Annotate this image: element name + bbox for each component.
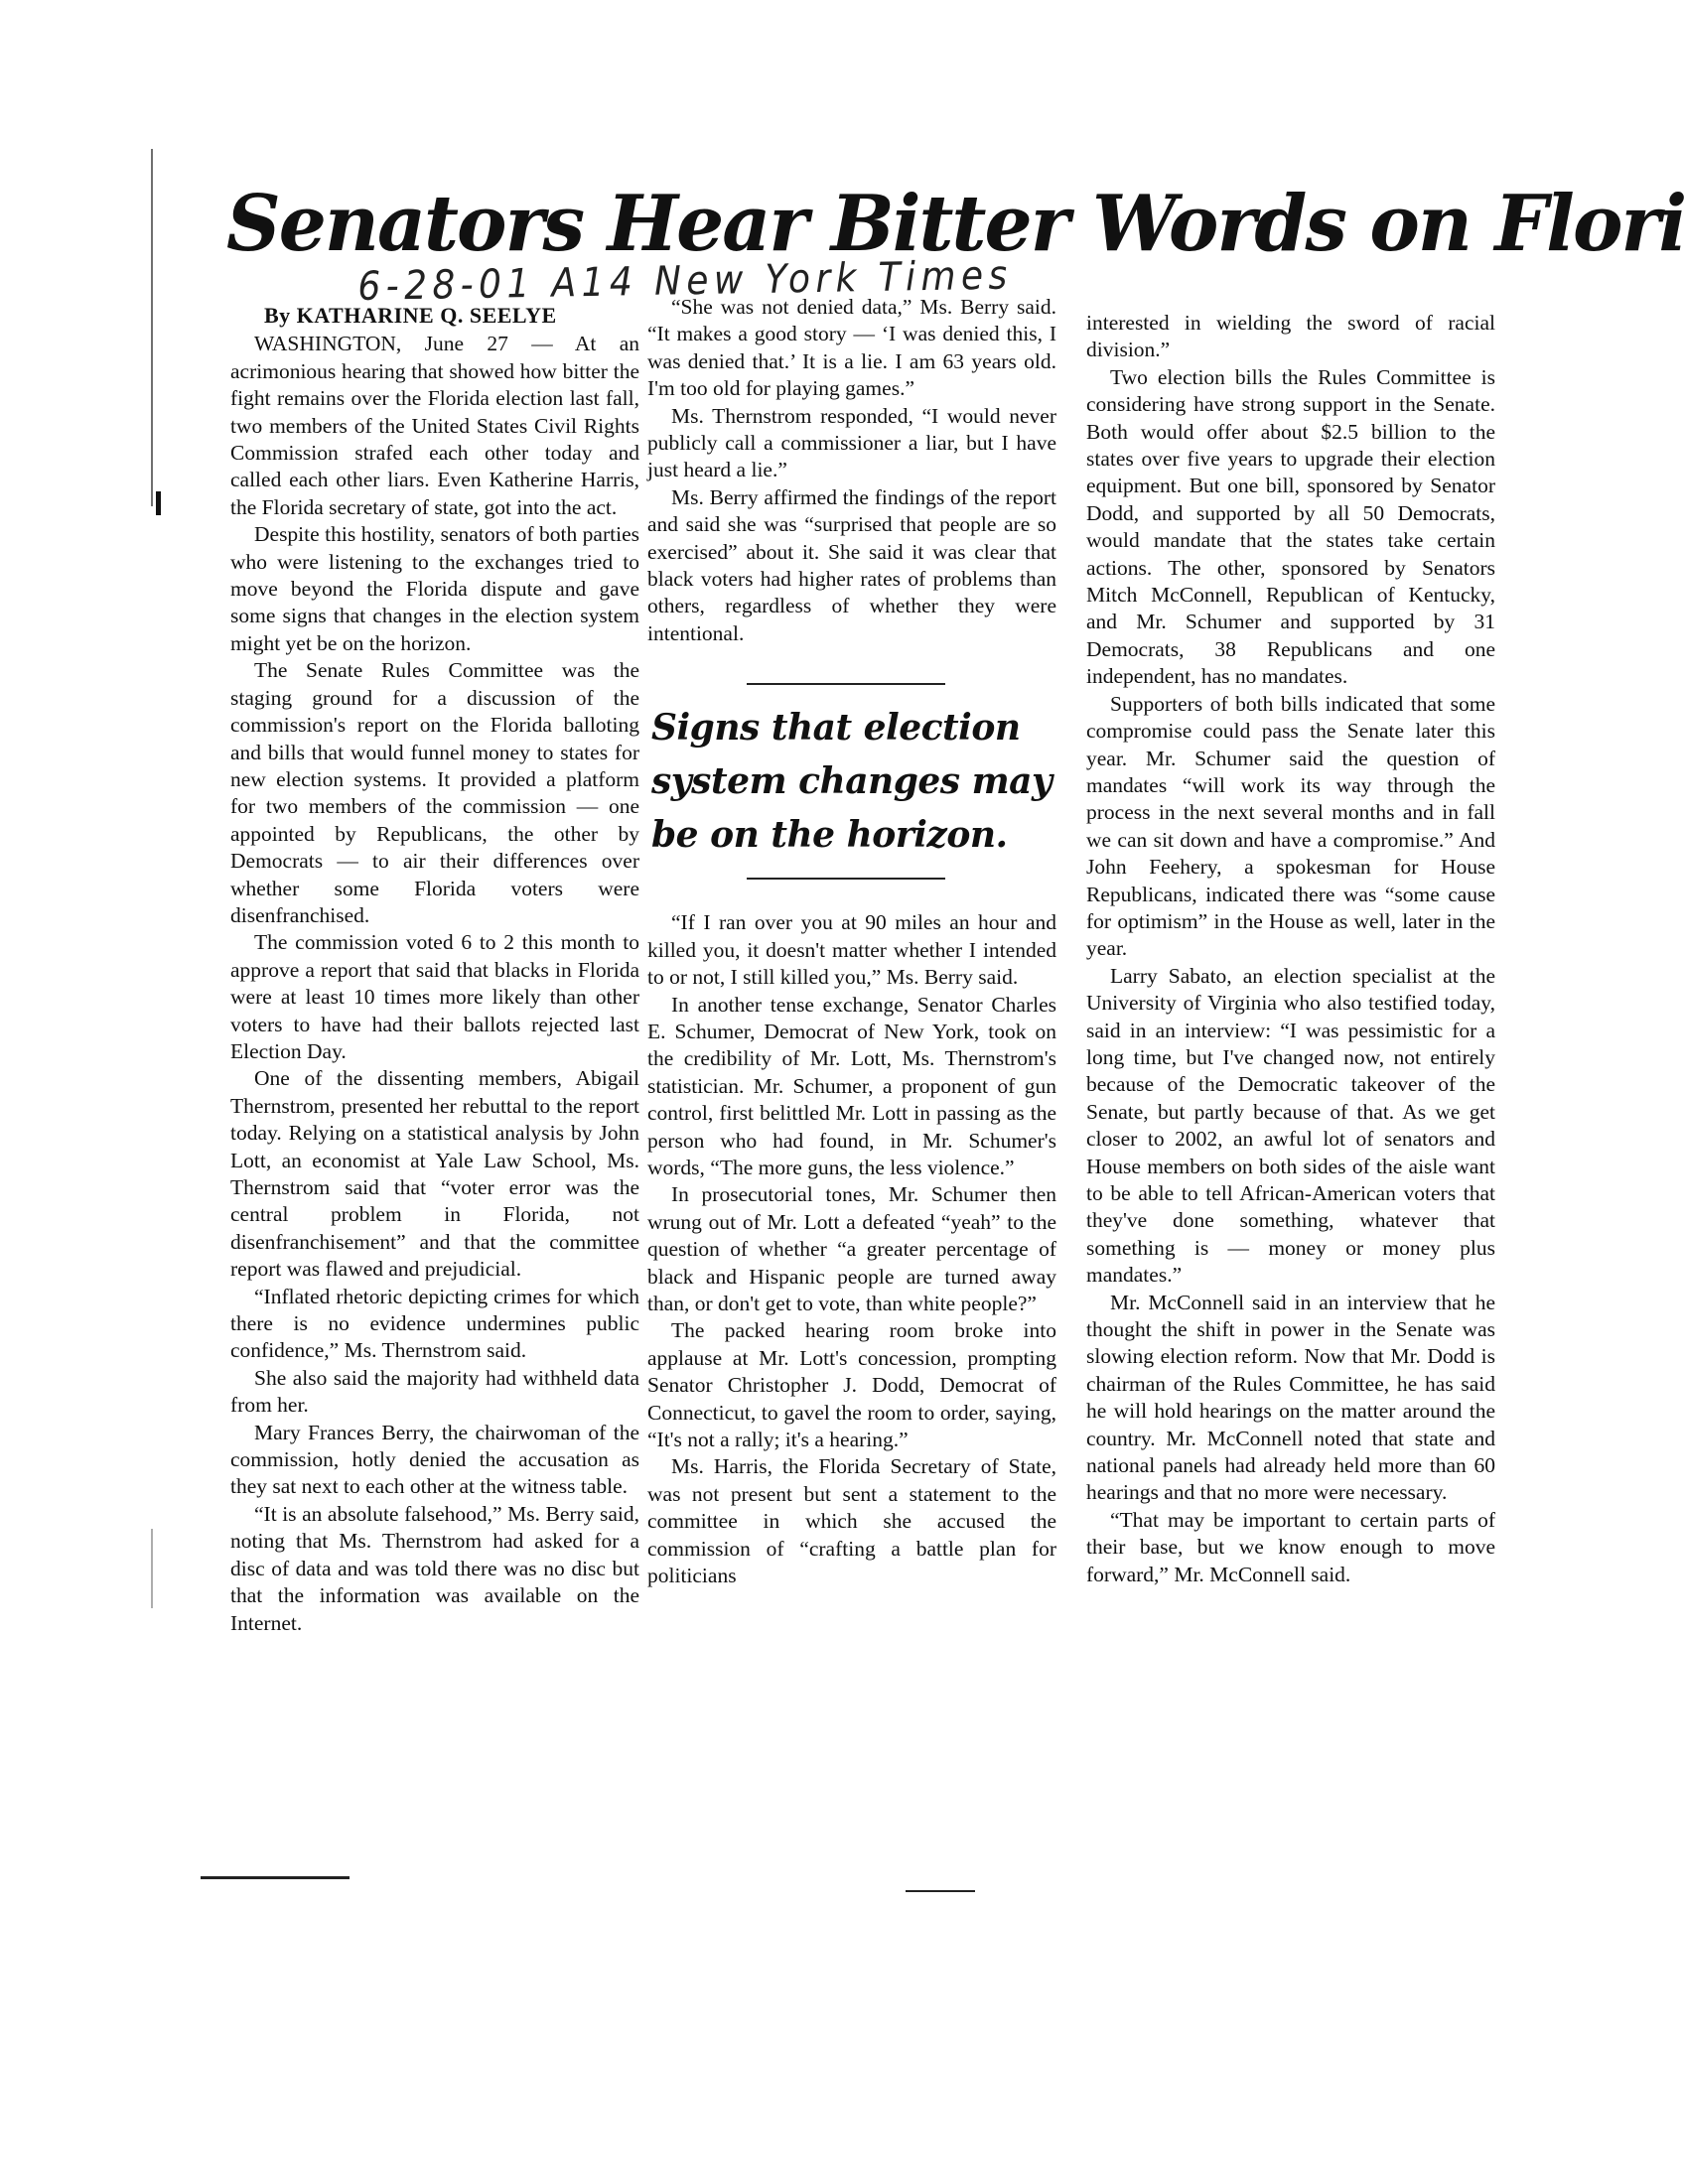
- paragraph: Ms. Thernstrom responded, “I would never…: [647, 403, 1056, 484]
- paragraph: “If I ran over you at 90 miles an hour a…: [647, 909, 1056, 991]
- paragraph: The packed hearing room broke into appla…: [647, 1317, 1056, 1453]
- scan-margin-mark: [156, 491, 161, 515]
- paragraph: One of the dissenting members, Abigail T…: [230, 1065, 639, 1283]
- scan-margin-line: [151, 1529, 153, 1608]
- column-end-rule: [201, 1876, 350, 1879]
- pull-quote-box: Signs that election system changes may b…: [647, 683, 1056, 880]
- paragraph: interested in wielding the sword of raci…: [1086, 310, 1495, 364]
- headline: Senators Hear Bitter Words on Florida Vo…: [226, 183, 1507, 266]
- pull-quote-rule-top: [747, 683, 945, 685]
- paragraph: The Senate Rules Committee was the stagi…: [230, 657, 639, 929]
- paragraph: Two election bills the Rules Committee i…: [1086, 364, 1495, 691]
- paragraph: Mr. McConnell said in an interview that …: [1086, 1290, 1495, 1507]
- paragraph: The commission voted 6 to 2 this month t…: [230, 929, 639, 1065]
- paragraph: “Inflated rhetoric depicting crimes for …: [230, 1284, 639, 1365]
- byline: By KATHARINE Q. SEELYE: [230, 302, 639, 329]
- article-column-3: interested in wielding the sword of raci…: [1086, 310, 1495, 1588]
- paragraph: She also said the majority had withheld …: [230, 1365, 639, 1420]
- paragraph: Ms. Harris, the Florida Secretary of Sta…: [647, 1453, 1056, 1589]
- paragraph: “That may be important to certain parts …: [1086, 1507, 1495, 1588]
- pull-quote-rule-bottom: [747, 878, 945, 880]
- paragraph: Larry Sabato, an election specialist at …: [1086, 963, 1495, 1290]
- paragraph: Mary Frances Berry, the chairwoman of th…: [230, 1420, 639, 1501]
- paragraph: Supporters of both bills indicated that …: [1086, 691, 1495, 963]
- paragraph: In prosecutorial tones, Mr. Schumer then…: [647, 1181, 1056, 1317]
- column-end-rule: [906, 1890, 975, 1892]
- paragraph: Ms. Berry affirmed the findings of the r…: [647, 484, 1056, 647]
- paragraph: “She was not denied data,” Ms. Berry sai…: [647, 294, 1056, 403]
- paragraph: WASHINGTON, June 27 — At an acrimonious …: [230, 331, 639, 521]
- pull-quote: Signs that election system changes may b…: [651, 701, 1056, 862]
- paragraph: Despite this hostility, senators of both…: [230, 521, 639, 657]
- scan-margin-line: [151, 149, 153, 506]
- paragraph: “It is an absolute falsehood,” Ms. Berry…: [230, 1501, 639, 1637]
- paragraph: In another tense exchange, Senator Charl…: [647, 992, 1056, 1182]
- article-column-1: By KATHARINE Q. SEELYE WASHINGTON, June …: [230, 302, 639, 1637]
- article-column-2: “She was not denied data,” Ms. Berry sai…: [647, 294, 1056, 1589]
